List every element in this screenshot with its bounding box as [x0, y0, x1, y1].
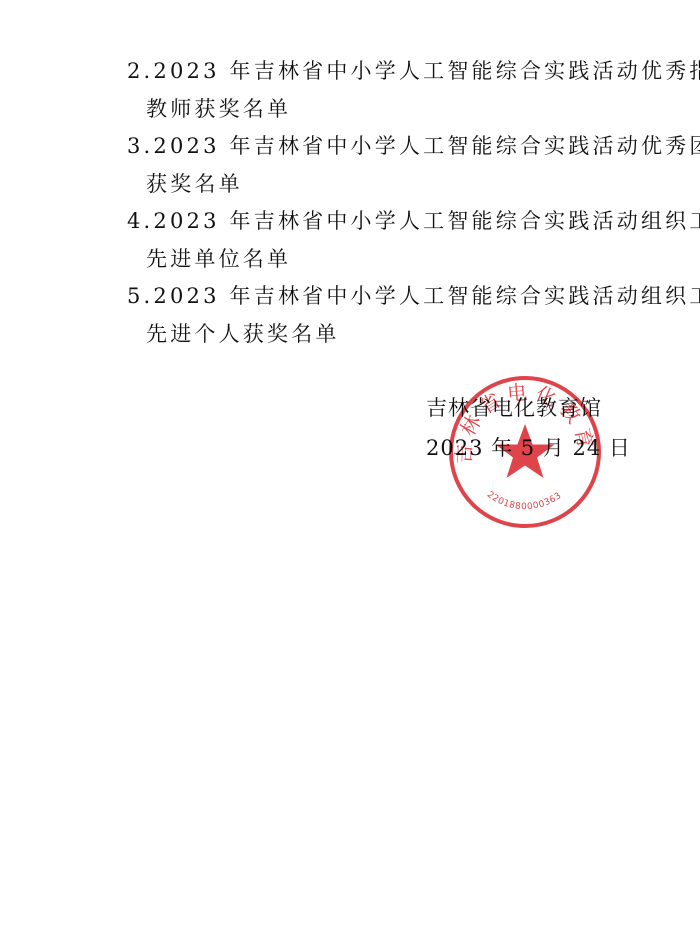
list-item-title: 4.2023 年吉林省中小学人工智能综合实践活动组织工作 — [127, 203, 657, 241]
list-item-continuation: 先进个人获奖名单 — [127, 316, 657, 354]
attachment-list: 2.2023 年吉林省中小学人工智能综合实践活动优秀指导 教师获奖名单 3.20… — [127, 53, 657, 353]
svg-text:2201880000363: 2201880000363 — [485, 490, 564, 512]
list-item: 5.2023 年吉林省中小学人工智能综合实践活动组织工作 先进个人获奖名单 — [127, 278, 657, 353]
document-page: 2.2023 年吉林省中小学人工智能综合实践活动优秀指导 教师获奖名单 3.20… — [0, 0, 700, 932]
list-item: 2.2023 年吉林省中小学人工智能综合实践活动优秀指导 教师获奖名单 — [127, 53, 657, 128]
list-item-title: 3.2023 年吉林省中小学人工智能综合实践活动优秀团体 — [127, 128, 657, 166]
list-item-title: 2.2023 年吉林省中小学人工智能综合实践活动优秀指导 — [127, 53, 657, 91]
list-item-continuation: 教师获奖名单 — [127, 91, 657, 129]
list-item-continuation: 获奖名单 — [127, 166, 657, 204]
list-item: 3.2023 年吉林省中小学人工智能综合实践活动优秀团体 获奖名单 — [127, 128, 657, 203]
list-item: 4.2023 年吉林省中小学人工智能综合实践活动组织工作 先进单位名单 — [127, 203, 657, 278]
list-item-continuation: 先进单位名单 — [127, 241, 657, 279]
official-seal-icon: 吉林省电化教育馆 2201880000363 — [445, 372, 605, 532]
list-item-title: 5.2023 年吉林省中小学人工智能综合实践活动组织工作 — [127, 278, 657, 316]
